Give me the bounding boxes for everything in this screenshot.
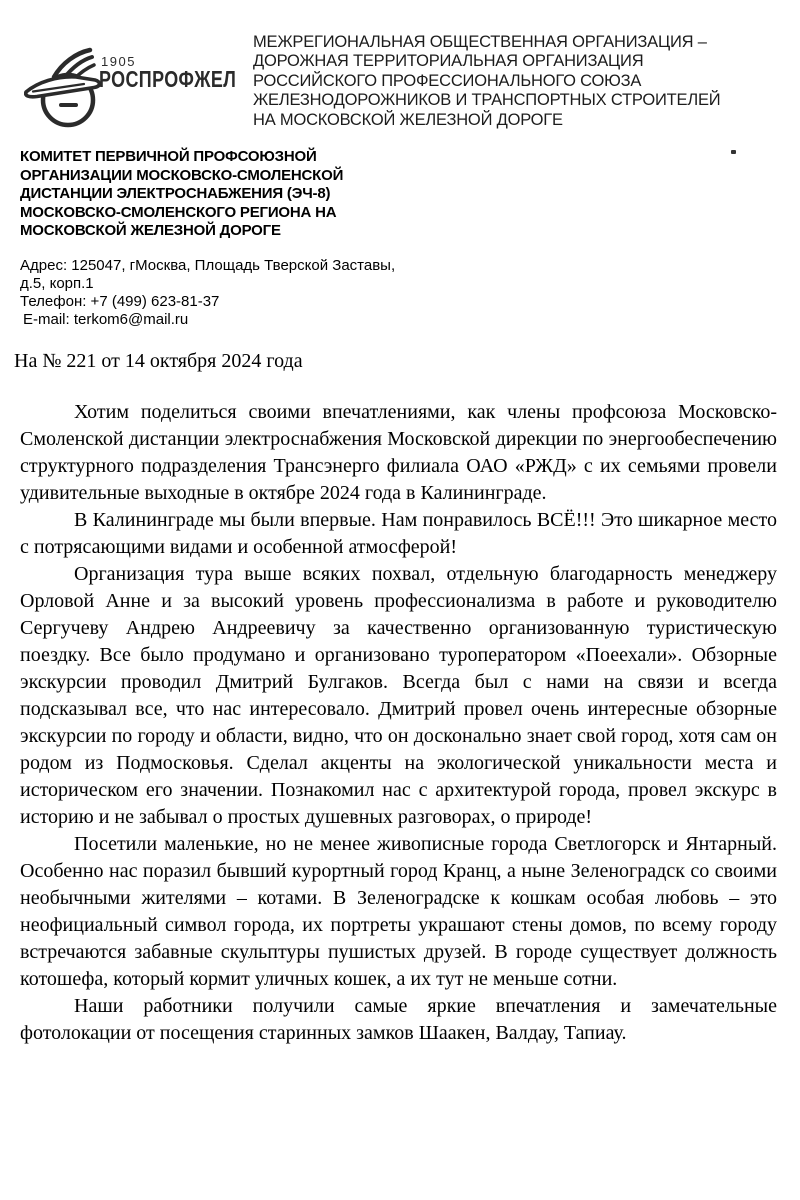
- contact-details: Адрес: 125047, гМосква, Площадь Тверской…: [20, 257, 540, 329]
- committee-line: КОМИТЕТ ПЕРВИЧНОЙ ПРОФСОЮЗНОЙ: [20, 148, 540, 167]
- committee-line: ДИСТАНЦИИ ЭЛЕКТРОСНАБЖЕНИЯ (ЭЧ-8): [20, 185, 540, 204]
- paragraph-tour-organization: Организация тура выше всяких похвал, отд…: [20, 561, 777, 831]
- phone-line: Телефон: +7 (499) 623-81-37: [20, 293, 540, 311]
- organization-name-line: МЕЖРЕГИОНАЛЬНАЯ ОБЩЕСТВЕННАЯ ОРГАНИЗАЦИЯ…: [253, 33, 773, 52]
- letter-page: 1905 РОСПРОФЖЕЛ МЕЖРЕГИОНАЛЬНАЯ ОБЩЕСТВЕ…: [0, 0, 800, 1200]
- committee-line: МОСКОВСКОЙ ЖЕЛЕЗНОЙ ДОРОГЕ: [20, 222, 540, 241]
- organization-name-line: РОССИЙСКОГО ПРОФЕССИОНАЛЬНОГО СОЮЗА: [253, 72, 773, 91]
- organization-name-line: ДОРОЖНАЯ ТЕРРИТОРИАЛЬНАЯ ОРГАНИЗАЦИЯ: [253, 52, 773, 71]
- organization-name: МЕЖРЕГИОНАЛЬНАЯ ОБЩЕСТВЕННАЯ ОРГАНИЗАЦИЯ…: [253, 33, 773, 130]
- email-line: E-mail: terkom6@mail.ru: [20, 311, 540, 329]
- committee-line: ОРГАНИЗАЦИИ МОСКОВСКО-СМОЛЕНСКОЙ: [20, 167, 540, 186]
- paragraph-castles: Наши работники получили самые яркие впеч…: [20, 993, 777, 1047]
- scan-artifact-dot: [731, 150, 736, 154]
- paragraph-cities-cats: Посетили маленькие, но не менее живописн…: [20, 831, 777, 993]
- address-line-1: Адрес: 125047, гМосква, Площадь Тверской…: [20, 257, 540, 275]
- paragraph-trip-intro: Хотим поделиться своими впечатлениями, к…: [20, 399, 777, 507]
- committee-line: МОСКОВСКО-СМОЛЕНСКОГО РЕГИОНА НА: [20, 204, 540, 223]
- address-line-2: д.5, корп.1: [20, 275, 540, 293]
- reference-number-line: На № 221 от 14 октября 2024 года: [14, 350, 303, 373]
- committee-block: КОМИТЕТ ПЕРВИЧНОЙ ПРОФСОЮЗНОЙ ОРГАНИЗАЦИ…: [20, 148, 540, 241]
- logo-brand: РОСПРОФЖЕЛ: [99, 66, 236, 93]
- paragraph-first-impressions: В Калининграде мы были впервые. Нам понр…: [20, 507, 777, 561]
- organization-name-line: ЖЕЛЕЗНОДОРОЖНИКОВ И ТРАНСПОРТНЫХ СТРОИТЕ…: [253, 91, 773, 110]
- letter-body: Хотим поделиться своими впечатлениями, к…: [20, 399, 777, 1047]
- organization-name-line: НА МОСКОВСКОЙ ЖЕЛЕЗНОЙ ДОРОГЕ: [253, 111, 773, 130]
